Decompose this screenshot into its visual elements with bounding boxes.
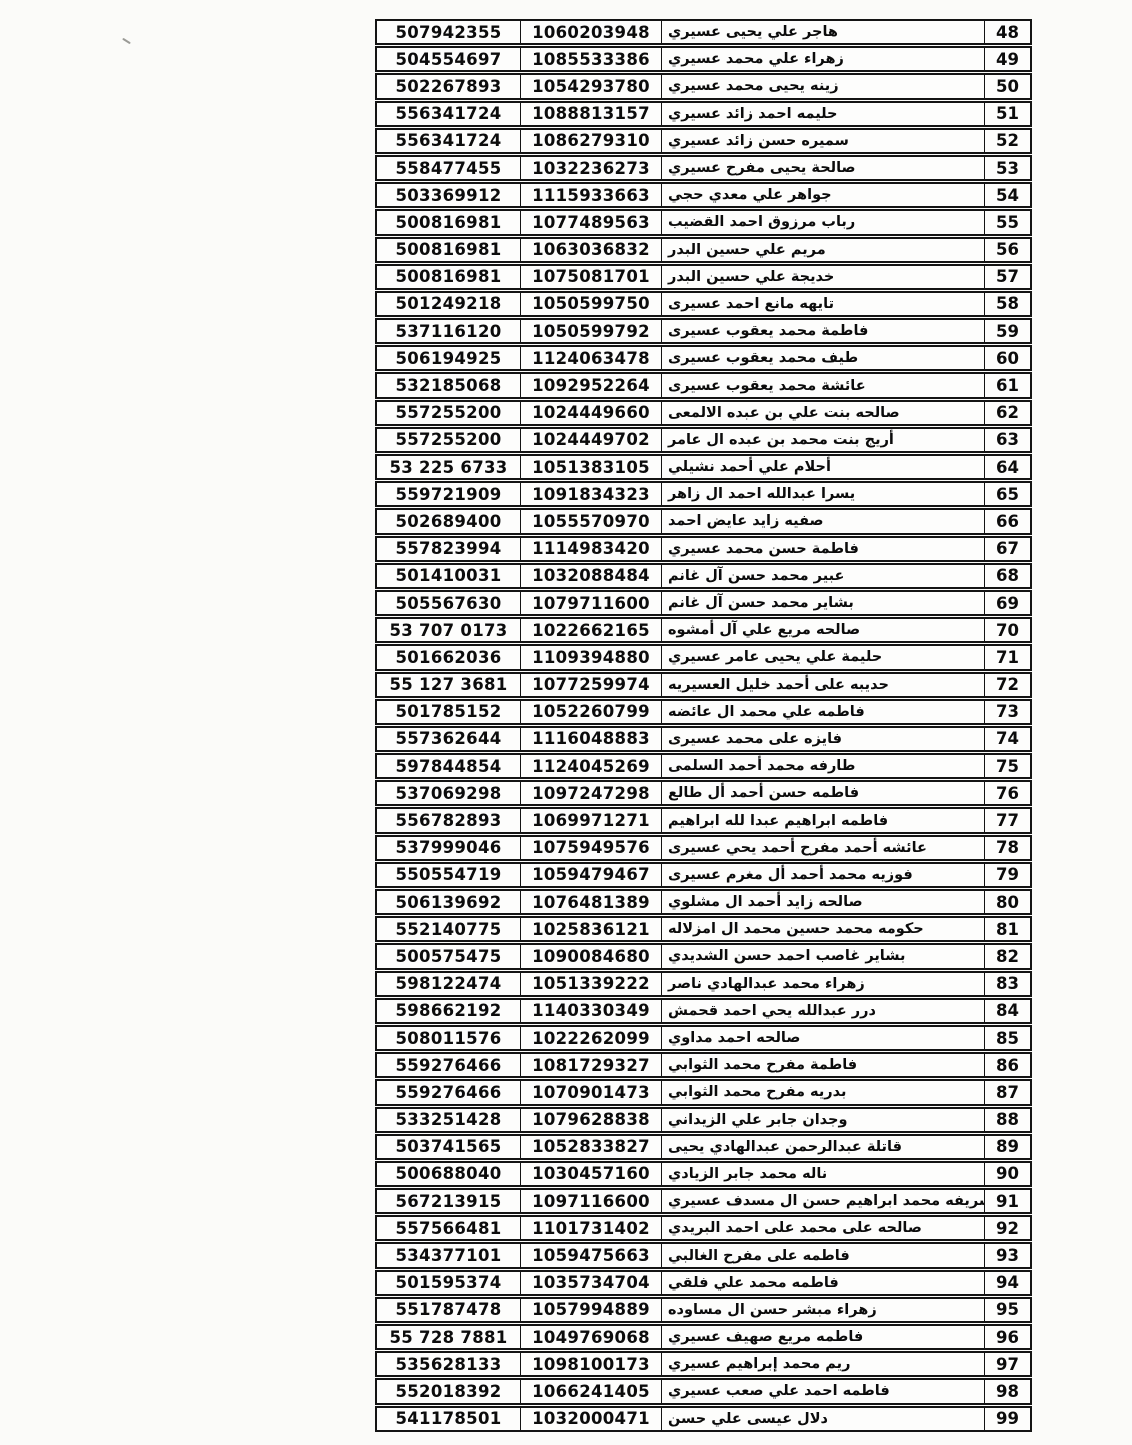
phone-number-cell: 502267893 <box>377 75 521 97</box>
table-row: 55 127 3681 1077259974 حديبه على أحمد خل… <box>375 672 1032 698</box>
row-number-cell: 62 <box>984 402 1030 424</box>
person-name-cell: بدريه مفرح محمد الثوابي <box>662 1081 984 1103</box>
national-id-cell: 1088813157 <box>521 103 662 125</box>
national-id-cell: 1063036832 <box>521 239 662 261</box>
row-number-cell: 55 <box>984 211 1030 233</box>
row-number-cell: 72 <box>984 674 1030 696</box>
row-number-cell: 57 <box>984 266 1030 288</box>
row-number-cell: 95 <box>984 1299 1030 1321</box>
table-row: 501410031 1032088484 عبير محمد حسن آل غا… <box>375 563 1032 589</box>
table-row: 558477455 1032236273 صالحة يحيى مفرح عسي… <box>375 155 1032 181</box>
table-row: 500816981 1075081701 خديجة علي حسين البد… <box>375 264 1032 290</box>
national-id-cell: 1066241405 <box>521 1380 662 1402</box>
phone-number-cell: 508011576 <box>377 1027 521 1049</box>
person-name-cell: فاطمه احمد علي صعب عسيري <box>662 1380 984 1402</box>
table-row: 597844854 1124045269 طارفه محمد أحمد الس… <box>375 753 1032 779</box>
table-row: 534377101 1059475663 فاطمه على مفرح الغا… <box>375 1242 1032 1268</box>
phone-number-cell: 557823994 <box>377 538 521 560</box>
row-number-cell: 56 <box>984 239 1030 261</box>
person-name-cell: أريج بنت محمد بن عبده ال عامر <box>662 429 984 451</box>
table-row: 504554697 1085533386 زهراء علي محمد عسير… <box>375 46 1032 72</box>
row-number-cell: 89 <box>984 1136 1030 1158</box>
row-number-cell: 76 <box>984 782 1030 804</box>
person-name-cell: زهراء محمد عبدالهادي ناصر <box>662 973 984 995</box>
phone-number-cell: 597844854 <box>377 755 521 777</box>
row-number-cell: 79 <box>984 864 1030 886</box>
table-row: 598122474 1051339222 زهراء محمد عبدالهاد… <box>375 971 1032 997</box>
national-id-cell: 1124063478 <box>521 347 662 369</box>
phone-number-cell: 552140775 <box>377 918 521 940</box>
person-name-cell: هاجر علي يحيى عسيري <box>662 21 984 43</box>
phone-number-cell: 567213915 <box>377 1190 521 1212</box>
person-name-cell: فاطمه مريع صهيف عسيري <box>662 1326 984 1348</box>
table-row: 532185068 1092952264 عائشة محمد يعقوب عس… <box>375 372 1032 398</box>
national-id-cell: 1081729327 <box>521 1054 662 1076</box>
phone-number-cell: 559276466 <box>377 1081 521 1103</box>
person-name-cell: صالحه بنت علي بن عبده الالمعى <box>662 402 984 424</box>
table-row: 552140775 1025836121 حكومه محمد حسين محم… <box>375 916 1032 942</box>
table-row: 556341724 1086279310 سميره حسن زائد عسير… <box>375 128 1032 154</box>
row-number-cell: 70 <box>984 619 1030 641</box>
phone-number-cell: 550554719 <box>377 864 521 886</box>
person-name-cell: دلال عيسى علي حسن <box>662 1408 984 1430</box>
national-id-cell: 1032000471 <box>521 1408 662 1430</box>
person-name-cell: تايهه مانع احمد عسيرى <box>662 293 984 315</box>
phone-number-cell: 537999046 <box>377 837 521 859</box>
row-number-cell: 58 <box>984 293 1030 315</box>
table-row: 503741565 1052833827 قاتلة عبدالرحمن عبد… <box>375 1134 1032 1160</box>
phone-number-cell: 502689400 <box>377 510 521 532</box>
phone-number-cell: 501410031 <box>377 565 521 587</box>
national-id-cell: 1050599750 <box>521 293 662 315</box>
phone-number-cell: 500816981 <box>377 239 521 261</box>
person-name-cell: شريفه محمد ابراهيم حسن ال مسدف عسيري <box>662 1190 984 1212</box>
national-id-cell: 1091834323 <box>521 483 662 505</box>
scan-speck <box>122 38 131 44</box>
national-id-cell: 1057994889 <box>521 1299 662 1321</box>
person-name-cell: ناله محمد جابر الزيادي <box>662 1163 984 1185</box>
row-number-cell: 81 <box>984 918 1030 940</box>
person-name-cell: صالحه مريع علي آل أمشوه <box>662 619 984 641</box>
national-id-cell: 1030457160 <box>521 1163 662 1185</box>
person-name-cell: طارفه محمد أحمد السلمى <box>662 755 984 777</box>
national-id-cell: 1054293780 <box>521 75 662 97</box>
table-row: 53 707 0173 1022662165 صالحه مريع علي آل… <box>375 617 1032 643</box>
national-id-cell: 1051339222 <box>521 973 662 995</box>
phone-number-cell: 537116120 <box>377 320 521 342</box>
row-number-cell: 63 <box>984 429 1030 451</box>
national-id-cell: 1092952264 <box>521 374 662 396</box>
phone-number-cell: 533251428 <box>377 1109 521 1131</box>
national-id-cell: 1032236273 <box>521 157 662 179</box>
phone-number-cell: 557566481 <box>377 1217 521 1239</box>
person-name-cell: أحلام علي أحمد نشيلي <box>662 456 984 478</box>
person-name-cell: درر عبدالله يحي احمد قحمش <box>662 1000 984 1022</box>
national-id-cell: 1052833827 <box>521 1136 662 1158</box>
national-id-cell: 1086279310 <box>521 130 662 152</box>
person-name-cell: حكومه محمد حسين محمد ال امزلاله <box>662 918 984 940</box>
phone-number-cell: 503369912 <box>377 184 521 206</box>
national-id-cell: 1075081701 <box>521 266 662 288</box>
phone-number-cell: 532185068 <box>377 374 521 396</box>
row-number-cell: 86 <box>984 1054 1030 1076</box>
table-row: 506139692 1076481389 صالحه زايد أحمد ال … <box>375 889 1032 915</box>
row-number-cell: 53 <box>984 157 1030 179</box>
national-id-cell: 1079711600 <box>521 592 662 614</box>
person-name-cell: زينه يحيى محمد عسيري <box>662 75 984 97</box>
phone-number-cell: 501595374 <box>377 1272 521 1294</box>
table-row: 559276466 1081729327 فاطمة مفرح محمد الث… <box>375 1052 1032 1078</box>
person-name-cell: فاطمه محمد علي فلقي <box>662 1272 984 1294</box>
table-row: 500575475 1090084680 بشاير غاصب احمد حسن… <box>375 943 1032 969</box>
row-number-cell: 67 <box>984 538 1030 560</box>
table-row: 502267893 1054293780 زينه يحيى محمد عسير… <box>375 73 1032 99</box>
row-number-cell: 94 <box>984 1272 1030 1294</box>
table-row: 550554719 1059479467 فوزيه محمد أحمد أل … <box>375 862 1032 888</box>
national-id-cell: 1114983420 <box>521 538 662 560</box>
table-row: 537069298 1097247298 فاطمه حسن أحمد أل ط… <box>375 780 1032 806</box>
phone-number-cell: 535628133 <box>377 1353 521 1375</box>
table-row: 55 728 7881 1049769068 فاطمه مريع صهيف ع… <box>375 1324 1032 1350</box>
phone-number-cell: 557255200 <box>377 429 521 451</box>
row-number-cell: 77 <box>984 809 1030 831</box>
table-row: 541178501 1032000471 دلال عيسى علي حسن 9… <box>375 1406 1032 1432</box>
national-id-cell: 1116048883 <box>521 728 662 750</box>
person-name-cell: خديجة علي حسين البدر <box>662 266 984 288</box>
national-id-cell: 1109394880 <box>521 646 662 668</box>
person-name-cell: صالحه زايد أحمد ال مشلوي <box>662 891 984 913</box>
table-row: 556341724 1088813157 حليمه احمد زائد عسي… <box>375 101 1032 127</box>
table-row: 507942355 1060203948 هاجر علي يحيى عسيري… <box>375 19 1032 45</box>
table-row: 557823994 1114983420 فاطمة حسن محمد عسير… <box>375 536 1032 562</box>
row-number-cell: 71 <box>984 646 1030 668</box>
phone-number-cell: 598122474 <box>377 973 521 995</box>
national-id-cell: 1124045269 <box>521 755 662 777</box>
phone-number-cell: 53 707 0173 <box>377 619 521 641</box>
person-name-cell: سميره حسن زائد عسيري <box>662 130 984 152</box>
table-row: 506194925 1124063478 طيف محمد يعقوب عسير… <box>375 345 1032 371</box>
national-id-cell: 1090084680 <box>521 945 662 967</box>
national-id-cell: 1097116600 <box>521 1190 662 1212</box>
person-name-cell: صالحه احمد مداوي <box>662 1027 984 1049</box>
person-name-cell: صالحة يحيى مفرح عسيري <box>662 157 984 179</box>
person-name-cell: بشاير محمد حسن آل غانم <box>662 592 984 614</box>
row-number-cell: 84 <box>984 1000 1030 1022</box>
phone-number-cell: 501662036 <box>377 646 521 668</box>
table-row: 500816981 1077489563 رباب مرزوق احمد الق… <box>375 209 1032 235</box>
table-row: 557566481 1101731402 صالحه على محمد على … <box>375 1215 1032 1241</box>
national-id-cell: 1050599792 <box>521 320 662 342</box>
table-row: 551787478 1057994889 زهراء مبشر حسن ال م… <box>375 1297 1032 1323</box>
row-number-cell: 65 <box>984 483 1030 505</box>
table-row: 552018392 1066241405 فاطمه احمد علي صعب … <box>375 1378 1032 1404</box>
table-row: 500688040 1030457160 ناله محمد جابر الزي… <box>375 1161 1032 1187</box>
phone-number-cell: 505567630 <box>377 592 521 614</box>
person-name-cell: يسرا عبدالله احمد ال زاهر <box>662 483 984 505</box>
person-name-cell: رباب مرزوق احمد القضيب <box>662 211 984 233</box>
phone-number-cell: 557362644 <box>377 728 521 750</box>
table-row: 557255200 1024449660 صالحه بنت علي بن عب… <box>375 400 1032 426</box>
national-id-cell: 1024449660 <box>521 402 662 424</box>
national-id-cell: 1085533386 <box>521 48 662 70</box>
person-name-cell: فاطمه حسن أحمد أل طالع <box>662 782 984 804</box>
national-id-cell: 1140330349 <box>521 1000 662 1022</box>
phone-number-cell: 504554697 <box>377 48 521 70</box>
national-id-cell: 1069971271 <box>521 809 662 831</box>
row-number-cell: 50 <box>984 75 1030 97</box>
national-id-cell: 1052260799 <box>521 701 662 723</box>
national-id-cell: 1059475663 <box>521 1244 662 1266</box>
person-name-cell: حليمة علي يحيى عامر عسيري <box>662 646 984 668</box>
phone-number-cell: 559276466 <box>377 1054 521 1076</box>
table-row: 559276466 1070901473 بدريه مفرح محمد الث… <box>375 1079 1032 1105</box>
person-name-cell: صفيه زايد عايض احمد <box>662 510 984 532</box>
person-name-cell: عائشة محمد يعقوب عسيرى <box>662 374 984 396</box>
person-name-cell: فوزيه محمد أحمد أل مغرم عسيرى <box>662 864 984 886</box>
phone-number-cell: 556341724 <box>377 130 521 152</box>
row-number-cell: 61 <box>984 374 1030 396</box>
row-number-cell: 75 <box>984 755 1030 777</box>
national-id-cell: 1051383105 <box>521 456 662 478</box>
phone-number-cell: 53 225 6733 <box>377 456 521 478</box>
row-number-cell: 78 <box>984 837 1030 859</box>
table-row: 505567630 1079711600 بشاير محمد حسن آل غ… <box>375 590 1032 616</box>
national-id-cell: 1035734704 <box>521 1272 662 1294</box>
names-phone-table: 507942355 1060203948 هاجر علي يحيى عسيري… <box>375 19 1032 1433</box>
table-row: 503369912 1115933663 جواهر علي معدي حجي … <box>375 182 1032 208</box>
national-id-cell: 1077259974 <box>521 674 662 696</box>
table-row: 501662036 1109394880 حليمة علي يحيى عامر… <box>375 644 1032 670</box>
table-row: 501785152 1052260799 فاطمه علي محمد ال ع… <box>375 699 1032 725</box>
national-id-cell: 1070901473 <box>521 1081 662 1103</box>
person-name-cell: فاطمة حسن محمد عسيري <box>662 538 984 560</box>
row-number-cell: 60 <box>984 347 1030 369</box>
row-number-cell: 54 <box>984 184 1030 206</box>
national-id-cell: 1098100173 <box>521 1353 662 1375</box>
person-name-cell: زهراء علي محمد عسيري <box>662 48 984 70</box>
table-row: 557362644 1116048883 فايزه على محمد عسير… <box>375 726 1032 752</box>
person-name-cell: بشاير غاصب احمد حسن الشديدي <box>662 945 984 967</box>
row-number-cell: 49 <box>984 48 1030 70</box>
phone-number-cell: 55 728 7881 <box>377 1326 521 1348</box>
row-number-cell: 93 <box>984 1244 1030 1266</box>
phone-number-cell: 501249218 <box>377 293 521 315</box>
person-name-cell: ريم محمد إبراهيم عسيري <box>662 1353 984 1375</box>
phone-number-cell: 500575475 <box>377 945 521 967</box>
row-number-cell: 68 <box>984 565 1030 587</box>
national-id-cell: 1076481389 <box>521 891 662 913</box>
national-id-cell: 1115933663 <box>521 184 662 206</box>
phone-number-cell: 559721909 <box>377 483 521 505</box>
row-number-cell: 73 <box>984 701 1030 723</box>
row-number-cell: 59 <box>984 320 1030 342</box>
national-id-cell: 1097247298 <box>521 782 662 804</box>
phone-number-cell: 557255200 <box>377 402 521 424</box>
table-row: 53 225 6733 1051383105 أحلام علي أحمد نش… <box>375 454 1032 480</box>
national-id-cell: 1077489563 <box>521 211 662 233</box>
row-number-cell: 66 <box>984 510 1030 532</box>
table-row: 537116120 1050599792 فاطمة محمد يعقوب عس… <box>375 318 1032 344</box>
row-number-cell: 69 <box>984 592 1030 614</box>
row-number-cell: 64 <box>984 456 1030 478</box>
phone-number-cell: 55 127 3681 <box>377 674 521 696</box>
row-number-cell: 90 <box>984 1163 1030 1185</box>
national-id-cell: 1055570970 <box>521 510 662 532</box>
table-row: 556782893 1069971271 فاطمه ابراهيم عبدا … <box>375 807 1032 833</box>
person-name-cell: فاطمة مفرح محمد الثوابي <box>662 1054 984 1076</box>
phone-number-cell: 507942355 <box>377 21 521 43</box>
phone-number-cell: 552018392 <box>377 1380 521 1402</box>
person-name-cell: طيف محمد يعقوب عسيرى <box>662 347 984 369</box>
national-id-cell: 1079628838 <box>521 1109 662 1131</box>
table-row: 559721909 1091834323 يسرا عبدالله احمد ا… <box>375 481 1032 507</box>
table-row: 500816981 1063036832 مريم علي حسين البدر… <box>375 237 1032 263</box>
person-name-cell: فاطمة محمد يعقوب عسيرى <box>662 320 984 342</box>
table-row: 567213915 1097116600 شريفه محمد ابراهيم … <box>375 1188 1032 1214</box>
row-number-cell: 87 <box>984 1081 1030 1103</box>
national-id-cell: 1025836121 <box>521 918 662 940</box>
phone-number-cell: 541178501 <box>377 1408 521 1430</box>
national-id-cell: 1060203948 <box>521 21 662 43</box>
row-number-cell: 96 <box>984 1326 1030 1348</box>
person-name-cell: فاطمه ابراهيم عبدا لله ابراهيم <box>662 809 984 831</box>
phone-number-cell: 598662192 <box>377 1000 521 1022</box>
row-number-cell: 99 <box>984 1408 1030 1430</box>
row-number-cell: 51 <box>984 103 1030 125</box>
row-number-cell: 85 <box>984 1027 1030 1049</box>
phone-number-cell: 506194925 <box>377 347 521 369</box>
national-id-cell: 1022262099 <box>521 1027 662 1049</box>
table-row: 535628133 1098100173 ريم محمد إبراهيم عس… <box>375 1351 1032 1377</box>
phone-number-cell: 503741565 <box>377 1136 521 1158</box>
phone-number-cell: 500816981 <box>377 266 521 288</box>
person-name-cell: وجدان جابر علي الزيداني <box>662 1109 984 1131</box>
phone-number-cell: 500816981 <box>377 211 521 233</box>
table-row: 537999046 1075949576 عائشه أحمد مفرح أحم… <box>375 835 1032 861</box>
phone-number-cell: 556341724 <box>377 103 521 125</box>
national-id-cell: 1049769068 <box>521 1326 662 1348</box>
phone-number-cell: 558477455 <box>377 157 521 179</box>
row-number-cell: 48 <box>984 21 1030 43</box>
row-number-cell: 80 <box>984 891 1030 913</box>
person-name-cell: عائشه أحمد مفرح أحمد يحي عسيرى <box>662 837 984 859</box>
person-name-cell: فايزه على محمد عسيرى <box>662 728 984 750</box>
person-name-cell: حليمه احمد زائد عسيري <box>662 103 984 125</box>
row-number-cell: 52 <box>984 130 1030 152</box>
phone-number-cell: 551787478 <box>377 1299 521 1321</box>
person-name-cell: زهراء مبشر حسن ال مساوده <box>662 1299 984 1321</box>
phone-number-cell: 501785152 <box>377 701 521 723</box>
table-row: 557255200 1024449702 أريج بنت محمد بن عب… <box>375 427 1032 453</box>
national-id-cell: 1024449702 <box>521 429 662 451</box>
table-row: 598662192 1140330349 درر عبدالله يحي احم… <box>375 998 1032 1024</box>
person-name-cell: جواهر علي معدي حجي <box>662 184 984 206</box>
scanned-document-page: { "table": { "rows": [ {"num": "48", "na… <box>0 0 1132 1445</box>
table-row: 501595374 1035734704 فاطمه محمد علي فلقي… <box>375 1270 1032 1296</box>
table-row: 533251428 1079628838 وجدان جابر علي الزي… <box>375 1107 1032 1133</box>
row-number-cell: 92 <box>984 1217 1030 1239</box>
phone-number-cell: 537069298 <box>377 782 521 804</box>
national-id-cell: 1101731402 <box>521 1217 662 1239</box>
row-number-cell: 74 <box>984 728 1030 750</box>
row-number-cell: 88 <box>984 1109 1030 1131</box>
table-row: 501249218 1050599750 تايهه مانع احمد عسي… <box>375 291 1032 317</box>
row-number-cell: 97 <box>984 1353 1030 1375</box>
person-name-cell: صالحه على محمد على احمد البريدي <box>662 1217 984 1239</box>
row-number-cell: 83 <box>984 973 1030 995</box>
person-name-cell: قاتلة عبدالرحمن عبدالهادي يحيى <box>662 1136 984 1158</box>
phone-number-cell: 534377101 <box>377 1244 521 1266</box>
table-row: 502689400 1055570970 صفيه زايد عايض احمد… <box>375 508 1032 534</box>
person-name-cell: حديبه على أحمد خليل العسيريه <box>662 674 984 696</box>
phone-number-cell: 500688040 <box>377 1163 521 1185</box>
phone-number-cell: 556782893 <box>377 809 521 831</box>
table-row: 508011576 1022262099 صالحه احمد مداوي 85 <box>375 1025 1032 1051</box>
person-name-cell: عبير محمد حسن آل غانم <box>662 565 984 587</box>
row-number-cell: 91 <box>984 1190 1030 1212</box>
national-id-cell: 1022662165 <box>521 619 662 641</box>
national-id-cell: 1032088484 <box>521 565 662 587</box>
national-id-cell: 1059479467 <box>521 864 662 886</box>
person-name-cell: فاطمه علي محمد ال عائضه <box>662 701 984 723</box>
phone-number-cell: 506139692 <box>377 891 521 913</box>
national-id-cell: 1075949576 <box>521 837 662 859</box>
row-number-cell: 98 <box>984 1380 1030 1402</box>
person-name-cell: فاطمه على مفرح الغالبي <box>662 1244 984 1266</box>
person-name-cell: مريم علي حسين البدر <box>662 239 984 261</box>
row-number-cell: 82 <box>984 945 1030 967</box>
